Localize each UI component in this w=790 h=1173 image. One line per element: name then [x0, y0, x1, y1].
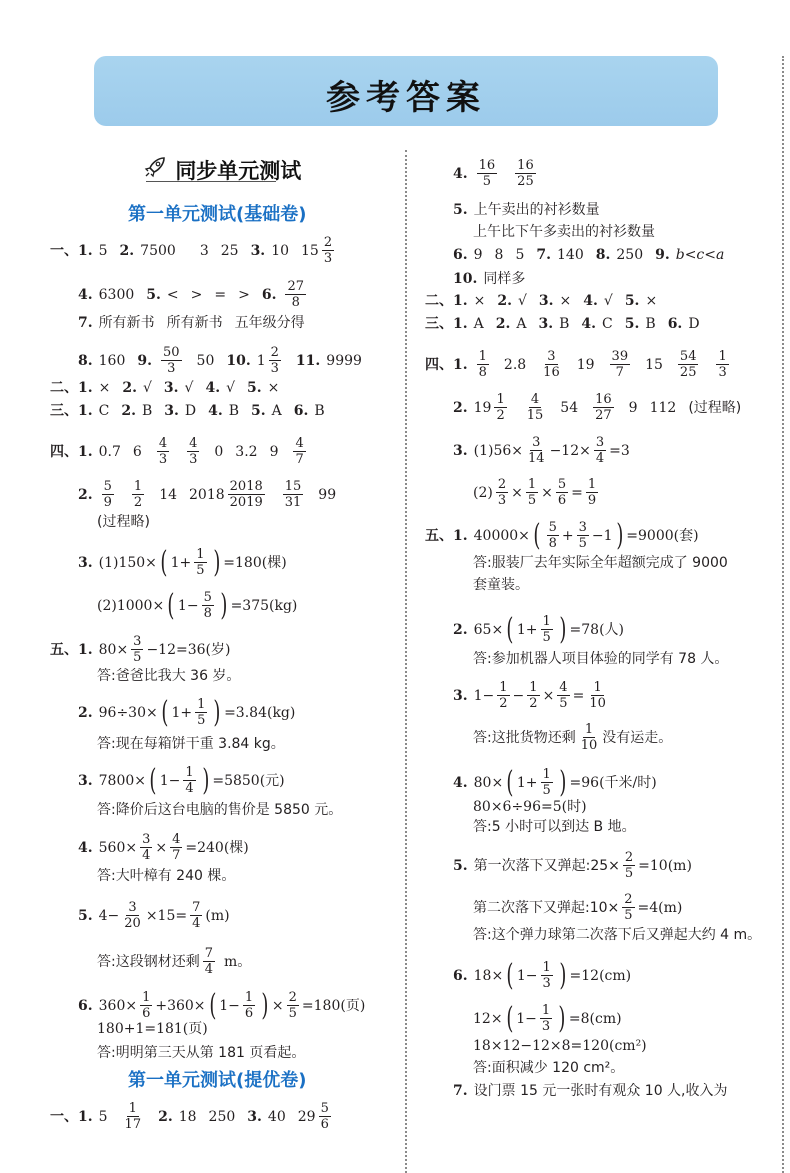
item-number: 二、1. — [50, 378, 93, 398]
parenthesis: ( — [507, 768, 514, 798]
fraction: 503 — [161, 345, 182, 376]
answer-text: 第二次落下又弹起:10× — [473, 898, 619, 918]
answer-line: 上午比下午多卖出的衬衫数量 — [473, 222, 655, 242]
answer-text: 答:参加机器人项目体验的同学有 78 人。 — [473, 649, 728, 669]
answer-line: 五、1.80× 35−12=36(岁) — [50, 634, 230, 665]
answer-text: 所有新书 — [99, 313, 155, 333]
fraction: 25 — [622, 892, 634, 923]
answer-text: A — [474, 314, 484, 334]
answer-text: 4− — [99, 906, 120, 926]
answer-line: 12×(1− 13)=8(cm) — [473, 1003, 622, 1034]
numerator: 1 — [586, 477, 598, 493]
answer-text: 99 — [318, 485, 336, 505]
parenthesis: ) — [220, 591, 227, 621]
answer-line: 套童装。 — [473, 575, 529, 595]
fraction: 5425 — [678, 349, 699, 380]
item-number: 6. — [294, 401, 309, 421]
answer-text: 8 — [495, 245, 504, 265]
item-number: 二、1. — [425, 291, 468, 311]
numerator: 54 — [678, 349, 699, 365]
item-number: 4. — [208, 401, 223, 421]
answer-text: =180(棵) — [223, 553, 286, 573]
fraction: 15 — [194, 547, 206, 578]
item-number: 3. — [453, 686, 468, 706]
answer-text: 160 — [99, 351, 126, 371]
answer-line: 7.设门票 15 元一张时有观众 10 人,收入为 — [453, 1081, 728, 1101]
item-number: 4. — [78, 285, 93, 305]
fraction: 43 — [187, 436, 199, 467]
item-number: 6. — [78, 996, 93, 1016]
parenthesis: ) — [202, 766, 209, 796]
numerator: 3 — [577, 520, 589, 536]
answer-text: 第一次落下又弹起:25× — [474, 856, 620, 876]
answer-text: 54 — [560, 398, 578, 418]
numerator: 16 — [477, 158, 498, 174]
answer-text: 9999 — [326, 351, 362, 371]
denominator: 7 — [614, 365, 626, 380]
answer-text: 10 — [271, 241, 289, 261]
fraction: 35 — [131, 634, 143, 665]
parenthesis: ( — [149, 766, 156, 796]
denominator: 6 — [319, 1117, 331, 1132]
answer-text: × — [645, 291, 657, 311]
item-number: 五、1. — [425, 526, 468, 546]
answer-text: =180(页) — [302, 996, 365, 1016]
denominator: 9 — [586, 493, 598, 508]
answer-line: 答:大叶樟有 240 棵。 — [97, 866, 235, 886]
item-number: 2. — [121, 401, 136, 421]
answer-text: 答:面积减少 120 cm²。 — [473, 1058, 624, 1078]
answer-text: C — [602, 314, 613, 334]
denominator: 4 — [203, 962, 215, 977]
numerator: 2 — [287, 990, 299, 1006]
answer-text: 140 — [557, 245, 584, 265]
answer-text: (过程略) — [688, 398, 741, 418]
answer-line: 答:服装厂去年实际全年超额完成了 9000 — [473, 553, 728, 573]
answer-text: 1− — [178, 596, 199, 616]
fraction: 47 — [293, 436, 305, 467]
answer-line: 三、1.A 2.A 3.B 4.C 5.B 6.D — [425, 314, 700, 334]
answer-text: 25 — [221, 241, 239, 261]
answer-text: 80× — [99, 640, 129, 660]
parenthesis: ) — [559, 961, 566, 991]
item-number: 3. — [164, 401, 179, 421]
answer-text: =8(cm) — [569, 1009, 622, 1029]
answer-line: 4. 165 1625 — [453, 158, 539, 189]
answer-text: B — [559, 314, 569, 334]
denominator: 3 — [716, 365, 728, 380]
item-number: 2. — [120, 241, 135, 261]
denominator: 25 — [515, 174, 536, 189]
answer-text: 15 — [301, 241, 319, 261]
denominator: 31 — [283, 495, 304, 510]
denominator: 4 — [190, 916, 202, 931]
answer-text: 12× — [473, 1009, 503, 1029]
item-number: 3. — [539, 291, 554, 311]
item-number: 5. — [251, 401, 266, 421]
answer-text: 1− — [219, 996, 240, 1016]
denominator: 8 — [477, 365, 489, 380]
numerator: 5 — [319, 1101, 331, 1117]
answer-line: 2.19 12 415 54 1627 9112(过程略) — [453, 392, 741, 423]
numerator: 1 — [526, 477, 538, 493]
item-number: 三、1. — [425, 314, 468, 334]
item-number: 四、1. — [50, 442, 93, 462]
answer-text: 2018 — [189, 485, 225, 505]
fraction: 15 — [541, 767, 553, 798]
answer-line: 四、1. 18 2.8 316 19 397 15 5425 13 — [425, 349, 732, 380]
item-number: 2. — [122, 378, 137, 398]
answer-text: B — [142, 401, 152, 421]
item-number: 3. — [164, 378, 179, 398]
answer-text: =3 — [609, 441, 630, 461]
item-number: 2. — [78, 485, 93, 505]
numerator: 16 — [515, 158, 536, 174]
numerator: 5 — [102, 479, 114, 495]
denominator: 4 — [140, 848, 152, 863]
denominator: 3 — [269, 361, 281, 376]
denominator: 5 — [557, 696, 569, 711]
fraction: 397 — [610, 349, 631, 380]
item-number: 四、1. — [425, 355, 468, 375]
item-number: 一、1. — [50, 1107, 93, 1127]
fraction: 165 — [477, 158, 498, 189]
denominator: 2 — [497, 696, 509, 711]
answer-text: = — [214, 285, 226, 305]
item-number: 五、1. — [50, 640, 93, 660]
answer-text: 3.2 — [235, 442, 257, 462]
fraction: 13 — [541, 960, 553, 991]
answer-text: 9 — [629, 398, 638, 418]
answer-line: 第二次落下又弹起:10× 25=4(m) — [473, 892, 682, 923]
answer-text: 上午比下午多卖出的衬衫数量 — [473, 222, 655, 242]
answer-text: =78(人) — [570, 620, 624, 640]
denominator: 5 — [526, 493, 538, 508]
answer-line: 4.560× 34× 47=240(棵) — [78, 832, 249, 863]
numerator: 4 — [557, 680, 569, 696]
numerator: 1 — [477, 349, 489, 365]
denominator: 5 — [131, 650, 143, 665]
answer-text: 7800× — [99, 771, 146, 791]
item-number: 5. — [453, 200, 468, 220]
denominator: 8 — [202, 606, 214, 621]
answer-line: 2.96÷30×(1+ 15)=3.84(kg) — [78, 697, 295, 728]
numerator: 2 — [322, 235, 334, 251]
answer-text: 同样多 — [483, 269, 525, 289]
denominator: 5 — [622, 908, 634, 923]
answer-text: 19 — [577, 355, 595, 375]
answer-text: ×15= — [146, 906, 187, 926]
answer-text: 答:现在每箱饼干重 3.84 kg。 — [97, 734, 285, 754]
subsection-basic-title: 第一单元测试(基础卷) — [128, 200, 306, 226]
denominator: 5 — [577, 536, 589, 551]
fraction: 43 — [157, 436, 169, 467]
parenthesis: ) — [559, 615, 566, 645]
item-number: 9. — [655, 245, 670, 265]
denominator: 14 — [526, 451, 547, 466]
denominator: 5 — [623, 866, 635, 881]
answer-text: 40 — [268, 1107, 286, 1127]
item-number: 9. — [137, 351, 152, 371]
item-number: 5. — [625, 314, 640, 334]
numerator: 1 — [132, 479, 144, 495]
denominator: 3 — [165, 361, 177, 376]
numerator: 15 — [283, 479, 304, 495]
answer-text: − — [513, 686, 525, 706]
denominator: 3 — [540, 1019, 552, 1034]
answer-text: =12(cm) — [570, 966, 632, 986]
answer-text: 250 — [616, 245, 643, 265]
answer-text: 1− — [516, 1009, 537, 1029]
denominator: 3 — [157, 452, 169, 467]
item-number: 4. — [583, 291, 598, 311]
parenthesis: ( — [507, 615, 514, 645]
fraction: 19 — [586, 477, 598, 508]
answer-line: 答:参加机器人项目体验的同学有 78 人。 — [473, 649, 728, 669]
answer-text: 19 — [474, 398, 492, 418]
numerator: 4 — [529, 392, 541, 408]
answer-text: 1− — [160, 771, 181, 791]
item-number: 5. — [453, 856, 468, 876]
answer-text: −12× — [550, 441, 591, 461]
answer-text: 80×6÷96=5(时) — [473, 797, 587, 817]
answer-text: 18×12−12×8=120(cm²) — [473, 1036, 647, 1056]
answer-text: × — [511, 483, 523, 503]
numerator: 5 — [547, 520, 559, 536]
item-number: 5. — [146, 285, 161, 305]
denominator: 5 — [195, 713, 207, 728]
parenthesis: ) — [262, 991, 269, 1021]
item-number: 10. — [226, 351, 250, 371]
numerator: 2 — [496, 477, 508, 493]
answer-line: 2. 59 12 142018 20182019 1531 99 — [78, 479, 336, 510]
denominator: 5 — [541, 630, 553, 645]
denominator: 8 — [547, 536, 559, 551]
answer-text: 答:降价后这台电脑的售价是 5850 元。 — [97, 800, 342, 820]
answer-text: 360× — [99, 996, 137, 1016]
item-number: 3. — [539, 314, 554, 334]
denominator: 3 — [496, 493, 508, 508]
numerator: 5 — [556, 477, 568, 493]
answer-text: 2.8 — [504, 355, 526, 375]
answer-text: (2) — [473, 483, 493, 503]
answer-text: 五年级分得 — [235, 313, 305, 333]
answer-text: 0.7 — [99, 442, 121, 462]
parenthesis: ( — [168, 591, 175, 621]
fraction: 56 — [556, 477, 568, 508]
parenthesis: ) — [559, 768, 566, 798]
denominator: 6 — [243, 1006, 255, 1021]
answer-line: 答:爸爸比我大 36 岁。 — [97, 666, 240, 686]
answer-text: > — [238, 285, 250, 305]
denominator: 10 — [587, 696, 608, 711]
parenthesis: ) — [213, 548, 220, 578]
item-number: 6. — [453, 245, 468, 265]
answer-text: =10(m) — [638, 856, 692, 876]
item-number: 4. — [581, 314, 596, 334]
answer-text: 3 — [200, 241, 209, 261]
answer-text: 5 — [99, 1107, 108, 1127]
denominator: 2019 — [228, 495, 265, 510]
answer-text: =375(kg) — [231, 596, 298, 616]
answer-line: 答:降价后这台电脑的售价是 5850 元。 — [97, 800, 342, 820]
item-number: 2. — [453, 620, 468, 640]
answer-text: m。 — [224, 952, 251, 972]
answer-text: b<c<a — [676, 245, 725, 265]
fraction: 15 — [195, 697, 207, 728]
denominator: 2 — [494, 408, 506, 423]
item-number: 一、1. — [50, 241, 93, 261]
answer-line: (2) 23× 15× 56= 19 — [473, 477, 601, 508]
answer-text: × — [560, 291, 572, 311]
column-divider — [405, 150, 407, 1173]
fraction: 1531 — [283, 479, 304, 510]
answer-text: 112 — [650, 398, 677, 418]
numerator: 4 — [293, 436, 305, 452]
answer-text: 答:明明第三天从第 181 页看起。 — [97, 1043, 305, 1063]
answer-text: 1+ — [517, 773, 538, 793]
answer-text: × — [541, 483, 553, 503]
answer-text: 答:5 小时可以到达 B 地。 — [473, 817, 636, 837]
fraction: 59 — [102, 479, 114, 510]
fraction: 16 — [243, 990, 255, 1021]
numerator: 1 — [591, 680, 603, 696]
answer-text: (m) — [205, 906, 229, 926]
denominator: 6 — [556, 493, 568, 508]
answer-text: =96(千米/时) — [570, 773, 657, 793]
fraction: 74 — [203, 946, 215, 977]
denominator: 4 — [594, 451, 606, 466]
fraction: 314 — [526, 435, 547, 466]
fraction: 16 — [140, 990, 152, 1021]
item-number: 2. — [496, 314, 511, 334]
answer-text: −12=36(岁) — [146, 640, 230, 660]
section-underline — [146, 181, 276, 182]
answer-line: (过程略) — [97, 512, 150, 532]
answer-line: 180+1=181(页) — [97, 1019, 208, 1039]
answer-text: 答:服装厂去年实际全年超额完成了 9000 — [473, 553, 728, 573]
answer-text: 5 — [99, 241, 108, 261]
item-number: 11. — [296, 351, 320, 371]
numerator: 1 — [195, 697, 207, 713]
answer-text: (过程略) — [97, 512, 150, 532]
numerator: 50 — [161, 345, 182, 361]
answer-text: 250 — [209, 1107, 236, 1127]
fraction: 110 — [587, 680, 608, 711]
answer-text: 所有新书 — [167, 313, 223, 333]
answer-text: 答:爸爸比我大 36 岁。 — [97, 666, 240, 686]
fraction: 12 — [527, 680, 539, 711]
numerator: 16 — [593, 392, 614, 408]
item-number: 2. — [453, 398, 468, 418]
item-number: 5. — [247, 378, 262, 398]
answer-text: D — [185, 401, 196, 421]
answer-line: 答:现在每箱饼干重 3.84 kg。 — [97, 734, 285, 754]
answer-line: 6.18×(1− 13)=12(cm) — [453, 960, 631, 991]
numerator: 1 — [140, 990, 152, 1006]
answer-text: =5850(元) — [212, 771, 284, 791]
denominator: 5 — [481, 174, 493, 189]
answer-text: 9 — [474, 245, 483, 265]
denominator: 5 — [287, 1006, 299, 1021]
parenthesis: ) — [616, 521, 623, 551]
answer-text: =4(m) — [638, 898, 683, 918]
parenthesis: ( — [161, 698, 168, 728]
numerator: 7 — [190, 900, 202, 916]
item-number: 三、1. — [50, 401, 93, 421]
answer-text: √ — [185, 378, 194, 398]
numerator: 1 — [541, 960, 553, 976]
numerator: 1 — [183, 765, 195, 781]
item-number: 3. — [251, 241, 266, 261]
numerator: 3 — [126, 900, 138, 916]
parenthesis: ( — [507, 961, 514, 991]
answer-line: 8.160 9.503 50 10.123 11.9999 — [78, 345, 362, 376]
item-number: 6. — [453, 966, 468, 986]
answer-text: =240(棵) — [185, 838, 248, 858]
denominator: 10 — [579, 738, 600, 753]
parenthesis: ( — [160, 548, 167, 578]
answer-line: 一、1.5 2.7500 325 3.10 1523 — [50, 235, 337, 266]
answer-line: 18×12−12×8=120(cm²) — [473, 1036, 647, 1056]
numerator: 2 — [622, 892, 634, 908]
answer-text: 没有运走。 — [602, 728, 672, 748]
numerator: 2 — [269, 345, 281, 361]
item-number: 8. — [78, 351, 93, 371]
answer-text: B — [229, 401, 239, 421]
item-number: 5. — [625, 291, 640, 311]
denominator: 3 — [187, 452, 199, 467]
answer-line: 5.上午卖出的衬衫数量 — [453, 200, 600, 220]
denominator: 5 — [194, 563, 206, 578]
answer-line: 4.80×(1+ 15)=96(千米/时) — [453, 767, 657, 798]
answer-text: 设门票 15 元一张时有观众 10 人,收入为 — [474, 1081, 728, 1101]
fraction: 14 — [183, 765, 195, 796]
denominator: 9 — [102, 495, 114, 510]
fraction: 35 — [577, 520, 589, 551]
answer-text: A — [516, 314, 526, 334]
fraction: 34 — [594, 435, 606, 466]
parenthesis: ( — [533, 521, 540, 551]
item-number: 5. — [78, 906, 93, 926]
denominator: 2 — [132, 495, 144, 510]
denominator: 15 — [525, 408, 546, 423]
item-number: 4. — [453, 773, 468, 793]
item-number: 7. — [78, 313, 93, 333]
answer-line: 4.6300 5.<>=> 6.278 — [78, 279, 309, 310]
item-number: 4. — [78, 838, 93, 858]
answer-text: 18 — [179, 1107, 197, 1127]
answer-line: 5.4− 320×15= 74(m) — [78, 900, 230, 931]
denominator: 7 — [170, 848, 182, 863]
item-number: 3. — [453, 441, 468, 461]
answer-text: √ — [226, 378, 235, 398]
denominator: 27 — [593, 408, 614, 423]
denominator: 5 — [541, 783, 553, 798]
numerator: 4 — [170, 832, 182, 848]
numerator: 3 — [530, 435, 542, 451]
answer-text: 1+ — [171, 553, 192, 573]
denominator: 2 — [527, 696, 539, 711]
answer-text: 560× — [99, 838, 137, 858]
answer-text: 1+ — [517, 620, 538, 640]
denominator: 8 — [290, 295, 302, 310]
answer-text: D — [688, 314, 699, 334]
answer-line: 二、1.× 2.√ 3.√ 4.√ 5.× — [50, 378, 279, 398]
item-number: 3. — [78, 553, 93, 573]
answer-line: 80×6÷96=5(时) — [473, 797, 587, 817]
answer-line: 答:5 小时可以到达 B 地。 — [473, 817, 636, 837]
